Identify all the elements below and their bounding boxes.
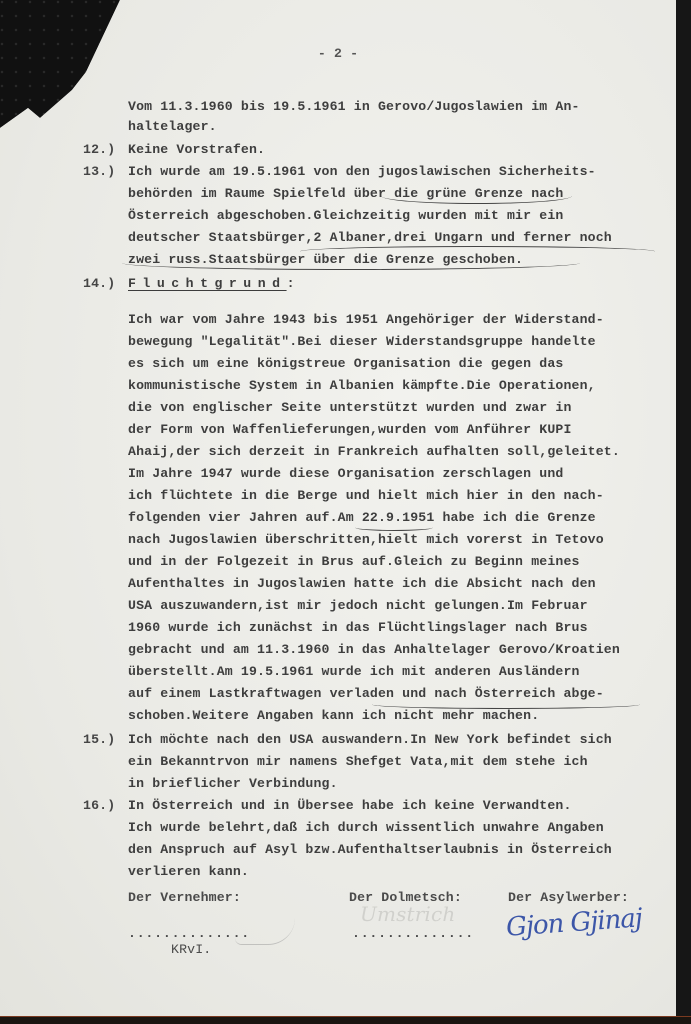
item-13-line: deutscher Staatsbürger,2 Albaner,drei Un… [128, 230, 612, 245]
underline-mark [372, 700, 640, 709]
intro-line: Vom 11.3.1960 bis 19.5.1961 in Gerovo/Ju… [128, 99, 580, 114]
applicant-label: Der Asylwerber: [508, 890, 629, 905]
item-14-line: folgenden vier Jahren auf.Am 22.9.1951 h… [128, 510, 596, 525]
item-14-line: Ich war vom Jahre 1943 bis 1951 Angehöri… [128, 312, 604, 327]
item-16-line: den Anspruch auf Asyl bzw.Aufenthaltserl… [128, 842, 612, 857]
item-14-line: 1960 wurde ich zunächst in das Flüchtlin… [128, 620, 588, 635]
item-14-line: ich flüchtete in die Berge und hielt mic… [128, 488, 604, 503]
applicant-signature: Gjon Gjinaj [505, 903, 643, 942]
faint-signature-mark: Umstrich [360, 902, 455, 926]
item-number-15: 15.) [83, 732, 115, 747]
item-13-line: Österreich abgeschoben.Gleichzeitig wurd… [128, 208, 563, 223]
item-13-line: Ich wurde am 19.5.1961 von den jugoslawi… [128, 164, 596, 179]
scan-background-bottom [0, 1016, 691, 1024]
interpreter-signature-line: .............. [352, 926, 474, 941]
item-16-line: Ich wurde belehrt,daß ich durch wissentl… [128, 820, 604, 835]
item-16-line: In Österreich und in Übersee habe ich ke… [128, 798, 572, 813]
item-14-line: USA auszuwandern,ist mir jedoch nicht ge… [128, 598, 588, 613]
item-14-line: Ahaij,der sich derzeit in Frankreich auf… [128, 444, 620, 459]
item-15-line: ein Bekanntrvon mir namens Shefget Vata,… [128, 754, 588, 769]
interrogator-signature-line: .............. [128, 926, 250, 941]
item-14-line: und in der Folgezeit in Brus auf.Gleich … [128, 554, 580, 569]
item-14-line: es sich um eine königstreue Organisation… [128, 356, 563, 371]
item-number-13: 13.) [83, 164, 115, 179]
item-14-line: bewegung "Legalität".Bei dieser Widersta… [128, 334, 596, 349]
item-14-line: schoben.Weitere Angaben kann ich nicht m… [128, 708, 539, 723]
item-number-12: 12.) [83, 142, 115, 157]
underline-mark [122, 256, 580, 270]
interrogator-label: Der Vernehmer: [128, 890, 241, 905]
item-number-14: 14.) [83, 276, 115, 291]
item-14-line: Aufenthaltes in Jugoslawien hatte ich di… [128, 576, 596, 591]
interrogator-rank: KRvI. [171, 942, 211, 957]
item-15-line: in brieflicher Verbindung. [128, 776, 338, 791]
item-14-line: auf einem Lastkraftwagen verladen und na… [128, 686, 604, 701]
page-number: - 2 - [0, 46, 676, 61]
item-14-line: kommunistische System in Albanien kämpft… [128, 378, 596, 393]
item-14-line: Im Jahre 1947 wurde diese Organisation z… [128, 466, 563, 481]
item-16-line: verlieren kann. [128, 864, 249, 879]
scan-background-right [676, 0, 691, 1024]
item-number-16: 16.) [83, 798, 115, 813]
item-15-line: Ich möchte nach den USA auswandern.In Ne… [128, 732, 612, 747]
intro-line: haltelager. [128, 119, 217, 134]
underline-mark [355, 524, 433, 531]
item-12-text: Keine Vorstrafen. [128, 142, 265, 157]
section-heading: Fluchtgrund [128, 276, 287, 291]
heading-colon: : [287, 276, 295, 291]
typewritten-document: - 2 - Vom 11.3.1960 bis 19.5.1961 in Ger… [0, 0, 676, 1017]
item-14-line: nach Jugoslawien überschritten,hielt mic… [128, 532, 604, 547]
item-14-line: gebracht und am 11.3.1960 in das Anhalte… [128, 642, 620, 657]
underline-mark [381, 188, 572, 204]
item-14-line: überstellt.Am 19.5.1961 wurde ich mit an… [128, 664, 580, 679]
item-14-line: der Form von Waffenlieferungen,wurden vo… [128, 422, 572, 437]
fluchtgrund-heading: Fluchtgrund: [128, 276, 295, 291]
item-14-line: die von englischer Seite unterstützt wur… [128, 400, 572, 415]
